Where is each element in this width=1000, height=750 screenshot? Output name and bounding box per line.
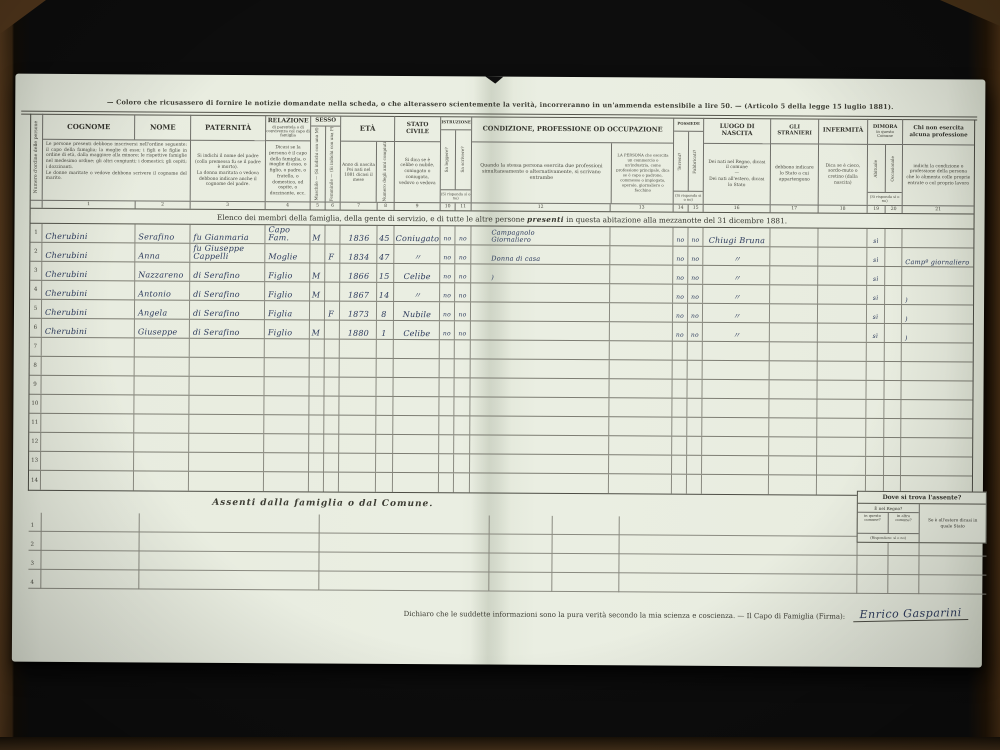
sesso-maschile-label: Maschile — (Si indichi con una M) <box>315 128 320 201</box>
regno-questo-comune: in questo comune? <box>858 513 889 533</box>
cell-sa-scrivere: no <box>455 226 471 244</box>
cell-luogo-nascita <box>702 475 769 494</box>
cell-anno-nascita <box>340 340 377 358</box>
cell-professione <box>471 359 610 378</box>
cell-luogo-nascita <box>702 437 769 455</box>
col-possiede-title: POSSIEDE <box>674 118 703 131</box>
cell-paternita <box>189 415 264 433</box>
cell-stranieri <box>770 228 818 246</box>
cell-dimora-abituale <box>866 381 884 399</box>
cell-stranieri <box>769 456 817 474</box>
cell-infermita <box>817 381 866 399</box>
cell-sa-scrivere: no <box>455 321 471 339</box>
dove-assente-box: Dove si trova l'assente? È nel Regno? in… <box>857 491 987 544</box>
col-sesso-title: SESSO <box>311 115 340 125</box>
cell-stato-civile: 〃 <box>394 283 440 301</box>
cell-infermita <box>817 438 866 456</box>
cell-cognome: Cherubini <box>42 224 135 243</box>
col-luogo-nascita: LUOGO DI NASCITA Dei nati nel Regno, dic… <box>704 118 772 204</box>
wood-corner-top-right <box>940 0 1000 26</box>
cell-paternita: fu Giuseppe Cappelli <box>190 244 265 262</box>
possiede-nota: (Si risponda sì o no) <box>674 191 703 204</box>
column-number: 10 <box>441 203 456 210</box>
cell-fabbricati <box>687 475 702 494</box>
cell-anni-compiuti: 14 <box>377 283 394 301</box>
cell-terreni: no <box>673 228 688 246</box>
cell-sa-scrivere: no <box>455 302 471 320</box>
cell-infermita <box>818 362 867 380</box>
column-number: 4 <box>266 202 311 209</box>
cell-chi-non-esercita: ) <box>902 286 973 304</box>
cell-anni-compiuti <box>376 473 393 492</box>
cell-cognome: Cherubini <box>42 300 135 319</box>
subtitle-pre: Elenco dei membri della famiglia, della … <box>217 213 527 224</box>
cell-sa-scrivere <box>454 416 470 434</box>
row-number: 3 <box>30 262 42 280</box>
col-relazione-sub: di parentela o di convivenza col capo di… <box>266 125 310 138</box>
cell-sa-scrivere <box>455 340 471 358</box>
cell-professione <box>470 378 609 397</box>
cell-nome <box>134 452 189 470</box>
cell-fabbricati: no <box>688 228 703 246</box>
col-group-condizione: CONDIZIONE, PROFESSIONE OD OCCUPAZIONE Q… <box>472 116 675 203</box>
cell-anno-nascita <box>339 416 376 434</box>
cell-relazione <box>265 339 310 357</box>
cell-sesso-f <box>325 226 340 244</box>
cell-anno-nascita: 1873 <box>340 302 377 320</box>
cell-professione: Donna di casa <box>471 245 610 264</box>
cell-chi-non-esercita <box>901 419 972 437</box>
cell-chi-non-esercita <box>902 362 973 380</box>
cell-sesso-f <box>324 473 339 492</box>
cell-sa-scrivere <box>454 473 470 492</box>
cell-nome: Nazzareno <box>135 262 190 280</box>
cell-sesso-m <box>309 396 324 414</box>
cell-professione-2 <box>610 341 673 359</box>
cell-fabbricati <box>687 399 702 417</box>
paternita-note: Si indichi il nome del padre (colla prem… <box>191 141 265 201</box>
cell-sa-scrivere <box>454 397 470 415</box>
col-condizione-title: CONDIZIONE, PROFESSIONE OD OCCUPAZIONE <box>472 116 673 142</box>
cell-sa-scrivere: no <box>455 245 471 263</box>
regno-risposta: (Rispondere: sì o no) <box>858 533 919 542</box>
cell-dimora-occasionale <box>885 362 902 380</box>
column-number: 12 <box>472 203 611 211</box>
col-istruzione-title: ISTRUZIONE <box>441 116 471 129</box>
cell-chi-non-esercita <box>902 267 973 285</box>
cell-anno-nascita <box>339 454 376 472</box>
cell-cognome <box>41 452 134 471</box>
cell-dimora-abituale: sì <box>867 324 885 342</box>
col-dimora-sub: in questo Comune <box>868 130 902 139</box>
cell-chi-non-esercita <box>902 343 973 361</box>
chi-note: indichi la condizione o professione dell… <box>903 145 974 205</box>
cell-dimora-abituale <box>866 457 884 475</box>
cell-terreni <box>672 437 687 455</box>
cell-professione: ) <box>471 264 610 283</box>
cell-professione <box>470 435 609 454</box>
cell-sa-scrivere <box>454 435 470 453</box>
cell-dimora-abituale <box>867 343 885 361</box>
cell-sesso-m <box>310 244 325 262</box>
cell-stato-civile <box>394 359 440 377</box>
cell-terreni <box>672 399 687 417</box>
cell-professione-2 <box>610 284 673 302</box>
cell-paternita <box>189 472 264 491</box>
cell-sa-leggere: no <box>440 283 455 301</box>
census-sheet: — Coloro che ricusassero di fornire le n… <box>12 74 986 668</box>
subtitle-post: in questa abitazione alla mezzanotte del… <box>564 215 787 225</box>
cell-sa-leggere <box>439 378 454 396</box>
cell-terreni <box>672 456 687 474</box>
wood-edge-bottom <box>0 737 1000 750</box>
cell-fabbricati: no <box>688 266 703 284</box>
cell-cognome: Cherubini <box>42 319 135 338</box>
cell-paternita <box>190 339 265 357</box>
row-number: 11 <box>29 414 41 432</box>
cell-infermita <box>818 305 867 323</box>
column-number: 9 <box>395 203 441 210</box>
cell-nome <box>134 433 189 451</box>
assenti-row-number: 1 <box>31 523 35 529</box>
cell-luogo-nascita: 〃 <box>703 266 770 284</box>
cell-sesso-m <box>309 377 324 395</box>
cell-sa-leggere: no <box>440 321 455 339</box>
cell-professione-2 <box>610 322 673 340</box>
dove-title: Dove si trova l'assente? <box>858 492 986 505</box>
cell-sesso-f <box>324 454 339 472</box>
cell-terreni: no <box>673 285 688 303</box>
cell-fabbricati <box>687 380 702 398</box>
col-stranieri-title: GLI STRANIERI <box>771 118 818 143</box>
cell-fabbricati: no <box>688 323 703 341</box>
cell-dimora-abituale <box>867 362 885 380</box>
cell-dimora-occasionale <box>885 305 902 323</box>
infermita-note: Dica se è cieco, sordo-muto o cretino (d… <box>819 145 867 205</box>
cell-relazione <box>264 472 309 491</box>
cell-fabbricati: no <box>688 304 703 322</box>
wood-corner-top-left <box>0 0 46 34</box>
stranieri-note: debbono indicare lo Stato a cui apparten… <box>771 144 818 204</box>
cell-anno-nascita: 1867 <box>340 283 377 301</box>
cell-dimora-abituale: sì <box>867 267 885 285</box>
cell-terreni: no <box>673 304 688 322</box>
cell-sa-leggere: no <box>440 226 455 244</box>
col-nome-title: NOME <box>135 114 190 139</box>
cell-dimora-occasionale <box>884 381 901 399</box>
cell-sesso-m <box>310 358 325 376</box>
cell-professione <box>470 473 609 493</box>
sa-scrivere-label: Sa scrivere? <box>461 147 466 173</box>
photo-background: — Coloro che ricusassero di fornire le n… <box>0 0 1000 750</box>
cell-professione <box>471 340 610 359</box>
cell-stranieri <box>769 399 817 417</box>
condizione-nota-13: LA PERSONA che esercita un commercio o u… <box>611 143 674 203</box>
cell-infermita <box>818 229 867 247</box>
table-body: 1 Cherubini Serafino fu Gianmaria Capo F… <box>29 224 974 496</box>
cell-nome <box>134 414 189 432</box>
col-infermita-title: INFERMITÀ <box>819 119 867 144</box>
cell-sa-scrivere: no <box>455 283 471 301</box>
cell-sesso-f <box>325 264 340 282</box>
cell-sesso-f: F <box>325 302 340 320</box>
cell-chi-non-esercita: Campº giornaliero <box>902 248 973 266</box>
cell-dimora-occasionale <box>884 400 901 418</box>
cell-anni-compiuti: 15 <box>377 264 394 282</box>
cell-sesso-f <box>325 321 340 339</box>
cell-fabbricati <box>688 361 703 379</box>
cell-sa-scrivere <box>455 359 471 377</box>
column-number: 2 <box>136 201 191 208</box>
row-number: 8 <box>30 357 42 375</box>
cell-relazione: Capo Fam. <box>265 225 310 243</box>
stato-note: Si dica se è celibe o nubile, coniugato … <box>395 142 440 202</box>
cognome-note: Le persone presenti debbono inscriversi … <box>43 140 190 201</box>
table-header: Numero d'ordine delle persone COGNOME NO… <box>31 114 975 206</box>
dimora-abituale-label: Abituale <box>874 160 879 178</box>
cell-sesso-f <box>324 397 339 415</box>
cell-sesso-f <box>325 359 340 377</box>
cell-stranieri <box>769 380 817 398</box>
col-eta-title: ETÀ <box>341 116 394 141</box>
cell-anni-compiuti <box>376 416 393 434</box>
cell-professione <box>471 302 610 321</box>
col-group-dimora: DIMORA in questo Comune Abituale Occasio… <box>868 119 904 205</box>
cell-nome <box>135 357 190 375</box>
eta-anni-label: Numero degli anni compiuti <box>383 142 388 202</box>
cell-professione-2 <box>609 398 672 416</box>
cell-cognome: Cherubini <box>42 281 135 300</box>
cell-paternita: di Serafino <box>190 301 265 319</box>
cell-stranieri <box>770 323 818 341</box>
cell-chi-non-esercita <box>901 457 972 475</box>
dove-regno: È nel Regno? in questo comune? in altro … <box>858 504 920 542</box>
cell-stato-civile <box>393 397 439 415</box>
cell-sesso-f <box>324 435 339 453</box>
column-number: 15 <box>689 205 704 212</box>
cell-anno-nascita: 1836 <box>340 226 377 244</box>
column-number: 7 <box>341 203 378 210</box>
luogo-note: Dei nati nel Regno, dicasi il comune — D… <box>704 144 770 204</box>
cell-anni-compiuti: 45 <box>377 226 394 244</box>
cell-professione <box>471 283 610 302</box>
col-relazione: RELAZIONE di parentela o di convivenza c… <box>266 115 312 201</box>
cell-stato-civile <box>393 473 439 492</box>
cell-fabbricati: no <box>688 285 703 303</box>
cell-anni-compiuti <box>377 340 394 358</box>
cell-chi-non-esercita <box>902 229 973 247</box>
dove-estero: Se è all'estero dicasi in quale Stato <box>920 504 986 542</box>
cell-sesso-m <box>310 301 325 319</box>
cell-dimora-occasionale <box>885 286 902 304</box>
cell-sa-leggere <box>439 416 454 434</box>
cell-infermita <box>817 457 866 475</box>
assenti-row-number: 3 <box>30 561 34 567</box>
cell-professione <box>470 454 609 473</box>
cell-luogo-nascita <box>703 361 770 379</box>
col-group-istruzione: ISTRUZIONE Sa leggere? Sa scrivere? (Si … <box>441 116 473 202</box>
col-paternita-title: PATERNITÀ <box>191 115 265 140</box>
row-number: 1 <box>30 224 42 242</box>
cell-sa-leggere <box>439 397 454 415</box>
cell-dimora-occasionale <box>884 457 901 475</box>
cell-luogo-nascita <box>702 380 769 398</box>
cell-stranieri <box>770 361 818 379</box>
cell-professione-2 <box>610 303 673 321</box>
cell-relazione <box>264 415 309 433</box>
dimora-nota: (Si risponda sì o no) <box>868 192 902 205</box>
cell-sa-leggere: no <box>440 264 455 282</box>
cell-professione <box>471 321 610 340</box>
cell-terreni <box>672 380 687 398</box>
cell-anno-nascita <box>339 473 376 492</box>
cell-stato-civile: Celibe <box>394 264 440 282</box>
declaration-line: Dichiaro che le suddette informazioni so… <box>302 604 968 621</box>
column-number: 5 <box>311 202 326 209</box>
row-number: 6 <box>30 319 42 337</box>
cell-professione-2 <box>609 436 672 454</box>
cell-nome <box>134 471 189 490</box>
cell-sa-scrivere <box>454 454 470 472</box>
cell-professione: Campagnolo Giornaliero <box>471 226 610 245</box>
cell-anni-compiuti: 8 <box>377 302 394 320</box>
cell-nome: Angela <box>135 300 190 318</box>
cell-anno-nascita: 1866 <box>340 264 377 282</box>
cell-stranieri <box>770 342 818 360</box>
cell-stato-civile: Coniugato <box>394 226 440 244</box>
cell-dimora-abituale: sì <box>867 248 885 266</box>
cell-cognome <box>42 338 135 357</box>
cell-cognome <box>41 433 134 452</box>
cell-paternita <box>189 453 264 471</box>
cell-nome <box>135 338 190 356</box>
column-number: 8 <box>378 203 395 210</box>
cell-sesso-f <box>324 378 339 396</box>
cell-infermita <box>818 248 867 266</box>
column-number: 13 <box>611 204 674 211</box>
cell-dimora-abituale: sì <box>867 305 885 323</box>
cell-luogo-nascita: 〃 <box>703 323 770 341</box>
column-number: 11 <box>456 203 472 210</box>
cell-cognome: Cherubini <box>42 243 135 262</box>
cell-terreni <box>673 361 688 379</box>
cell-dimora-abituale <box>866 419 884 437</box>
cell-luogo-nascita: Chiugi Bruna <box>703 228 770 246</box>
cell-stato-civile: 〃 <box>394 245 440 263</box>
cell-sa-scrivere <box>454 378 470 396</box>
cell-professione-2 <box>610 265 673 283</box>
cell-anni-compiuti <box>376 435 393 453</box>
row-number: 10 <box>29 395 41 413</box>
eta-anno-label: Anno di nascita Pei nati nel 1881 dicasi… <box>341 142 378 202</box>
cell-professione-2 <box>610 246 673 264</box>
cell-sesso-f <box>325 340 340 358</box>
cell-infermita <box>817 419 866 437</box>
cell-sesso-m: M <box>310 263 325 281</box>
cell-infermita <box>818 286 867 304</box>
regno-altro-comune: in altro comune? <box>888 513 919 533</box>
col-group-possiede: POSSIEDE Terreni? Fabbricati? (Si rispon… <box>674 118 705 204</box>
census-table: Numero d'ordine delle persone COGNOME NO… <box>28 114 975 497</box>
cell-professione-2 <box>609 474 672 493</box>
cell-nome: Anna <box>135 243 190 261</box>
cell-paternita <box>189 377 264 395</box>
cell-luogo-nascita <box>702 418 769 436</box>
row-number: 2 <box>30 243 42 261</box>
cell-sa-leggere <box>439 473 454 492</box>
relazione-note: Dicasi se la persona è il capo della fam… <box>266 141 310 201</box>
cell-stranieri <box>769 475 817 494</box>
cell-terreni <box>673 342 688 360</box>
column-number: 19 <box>868 206 886 213</box>
subtitle-presenti: presenti <box>527 215 564 224</box>
cell-sesso-m <box>309 415 324 433</box>
cell-paternita: di Serafino <box>190 263 265 281</box>
cell-paternita: di Serafino <box>190 282 265 300</box>
cell-luogo-nascita <box>702 456 769 474</box>
cell-cognome <box>41 471 134 491</box>
cell-sesso-m: M <box>310 320 325 338</box>
cell-professione-2 <box>610 227 673 245</box>
cell-sa-leggere <box>440 340 455 358</box>
cell-relazione <box>264 434 309 452</box>
row-number: 7 <box>30 338 42 356</box>
cell-anni-compiuti <box>377 359 394 377</box>
column-number: 17 <box>771 205 819 212</box>
cell-dimora-occasionale <box>885 324 902 342</box>
cell-professione-2 <box>609 417 672 435</box>
col-luogo-title: LUOGO DI NASCITA <box>704 118 770 143</box>
cell-anni-compiuti <box>376 454 393 472</box>
cell-professione-2 <box>610 360 673 378</box>
cell-sesso-m: M <box>310 282 325 300</box>
column-number: 6 <box>326 203 341 210</box>
cell-nome <box>134 395 189 413</box>
row-number: 4 <box>30 281 42 299</box>
cell-sesso-m <box>309 472 324 491</box>
cell-stranieri <box>769 437 817 455</box>
column-number: 14 <box>674 205 689 212</box>
cell-nome <box>134 376 189 394</box>
cell-stranieri <box>770 285 818 303</box>
regno-title: È nel Regno? <box>858 504 919 513</box>
cell-fabbricati: no <box>688 247 703 265</box>
assenti-rows: 1234 <box>28 513 986 595</box>
cell-fabbricati <box>687 437 702 455</box>
cell-dimora-occasionale <box>884 438 901 456</box>
sesso-femminile-label: Femminile — (Si indichi con una F) <box>330 127 335 202</box>
cell-sesso-f <box>324 416 339 434</box>
cell-sesso-f <box>325 283 340 301</box>
cell-relazione: Figlio <box>265 263 310 281</box>
cell-relazione: Figlio <box>265 282 310 300</box>
cell-terreni: no <box>673 247 688 265</box>
cell-relazione: Moglie <box>265 244 310 262</box>
cell-sa-leggere <box>439 454 454 472</box>
column-number: 21 <box>903 206 974 213</box>
cell-nome: Giuseppe <box>135 319 190 337</box>
col-stranieri: GLI STRANIERI debbono indicare lo Stato … <box>771 118 820 204</box>
cell-dimora-abituale: sì <box>867 286 885 304</box>
cell-terreni <box>672 418 687 436</box>
cell-nome: Serafino <box>135 224 190 242</box>
cell-anni-compiuti <box>376 397 393 415</box>
cell-relazione <box>264 377 309 395</box>
cell-relazione: Figlio <box>265 320 310 338</box>
cell-dimora-occasionale <box>885 267 902 285</box>
cell-terreni: no <box>673 323 688 341</box>
cell-stranieri <box>770 266 818 284</box>
